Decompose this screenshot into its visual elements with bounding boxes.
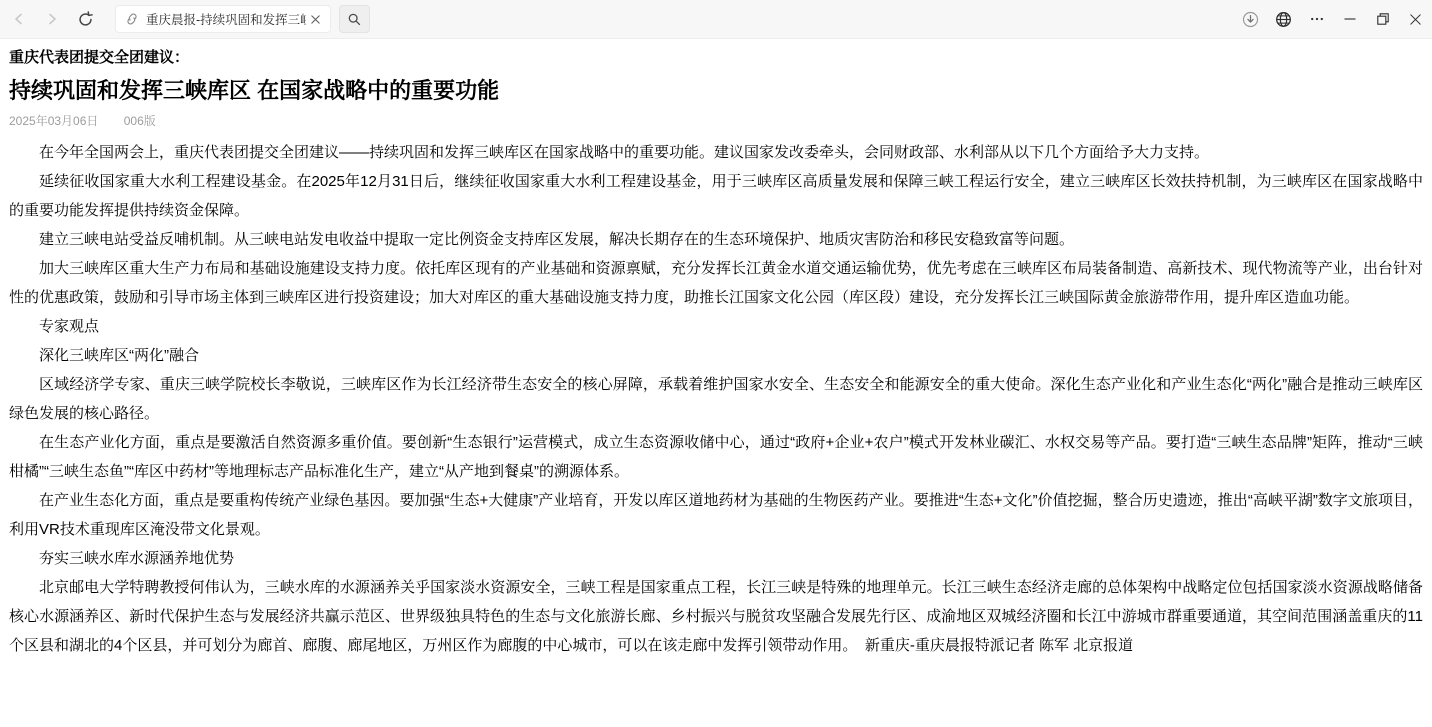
restore-icon: [1375, 11, 1391, 27]
section-subhead: 深化三峡库区“两化”融合: [9, 341, 1423, 370]
article-meta: 2025年03月06日 006版: [9, 113, 1423, 129]
paragraph: 加大三峡库区重大生产力布局和基础设施建设支持力度。依托库区现有的产业基础和资源禀…: [9, 254, 1423, 312]
link-icon: [125, 12, 139, 26]
download-icon: [1242, 11, 1259, 28]
restore-button[interactable]: [1366, 0, 1399, 38]
paragraph: 区域经济学专家、重庆三峡学院校长李敬说，三峡库区作为长江经济带生态安全的核心屏障…: [9, 370, 1423, 428]
article-body: 在今年全国两会上，重庆代表团提交全团建议——持续巩固和发挥三峡库区在国家战略中的…: [9, 138, 1423, 660]
page-content: 重庆代表团提交全团建议： 持续巩固和发挥三峡库区 在国家战略中的重要功能 202…: [0, 39, 1432, 660]
back-button[interactable]: [5, 5, 33, 33]
paragraph: 在生态产业化方面，重点是要激活自然资源多重价值。要创新“生态银行”运营模式，成立…: [9, 428, 1423, 486]
article-edition: 006版: [124, 114, 156, 128]
section-subhead: 专家观点: [9, 312, 1423, 341]
window-controls: [1234, 0, 1432, 38]
refresh-button[interactable]: [71, 5, 99, 33]
browser-titlebar: 重庆晨报-持续巩固和发挥三峡: [0, 0, 1432, 39]
paragraph: 北京邮电大学特聘教授何伟认为，三峡水库的水源涵养关乎国家淡水资源安全，三峡工程是…: [9, 573, 1423, 660]
globe-icon: [1275, 11, 1292, 28]
close-button[interactable]: [1399, 0, 1432, 38]
forward-icon: [44, 11, 60, 27]
tab-title: 重庆晨报-持续巩固和发挥三峡: [146, 10, 306, 28]
back-icon: [11, 11, 27, 27]
close-icon: [1408, 12, 1423, 27]
paragraph: 在产业生态化方面，重点是要重构传统产业绿色基因。要加强“生态+大健康”产业培育，…: [9, 486, 1423, 544]
more-options-button[interactable]: [1300, 0, 1333, 38]
address-tab[interactable]: 重庆晨报-持续巩固和发挥三峡: [115, 5, 331, 33]
ellipsis-icon: [1309, 11, 1325, 27]
forward-button[interactable]: [38, 5, 66, 33]
paragraph: 延续征收国家重大水利工程建设基金。在2025年12月31日后，继续征收国家重大水…: [9, 167, 1423, 225]
minimize-button[interactable]: [1333, 0, 1366, 38]
search-button[interactable]: [339, 5, 370, 33]
download-button[interactable]: [1234, 0, 1267, 38]
search-icon: [347, 12, 362, 27]
article-date: 2025年03月06日: [9, 114, 98, 128]
article-kicker: 重庆代表团提交全团建议：: [9, 48, 1423, 68]
paragraph: 建立三峡电站受益反哺机制。从三峡电站发电收益中提取一定比例资金支持库区发展，解决…: [9, 225, 1423, 254]
minimize-icon: [1342, 11, 1358, 27]
article-title: 持续巩固和发挥三峡库区 在国家战略中的重要功能: [9, 76, 1423, 105]
refresh-icon: [77, 11, 94, 28]
section-subhead: 夯实三峡水库水源涵养地优势: [9, 544, 1423, 573]
browser-mode-button[interactable]: [1267, 0, 1300, 38]
tab-close-button[interactable]: [306, 10, 324, 28]
paragraph: 在今年全国两会上，重庆代表团提交全团建议——持续巩固和发挥三峡库区在国家战略中的…: [9, 138, 1423, 167]
